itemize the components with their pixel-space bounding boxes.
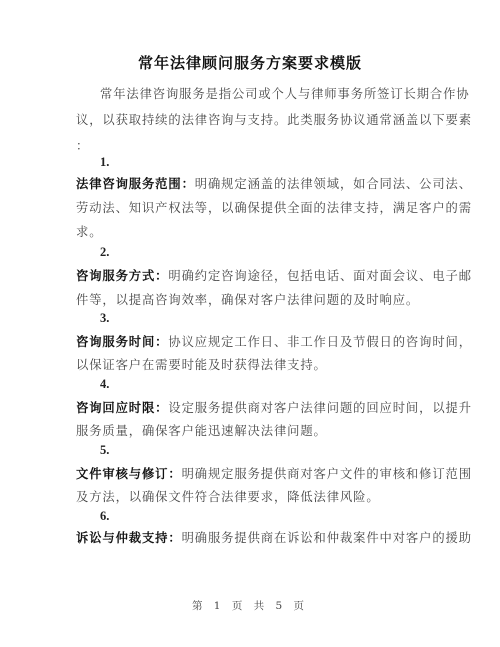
item-line: 服务质量，确保客户能迅速解决法律问题。	[76, 423, 426, 439]
item-label: 文件审核与修订：	[76, 466, 182, 481]
item-line: 咨询服务方式：明确约定咨询途径，包括电话、面对面会议、电子邮	[76, 268, 426, 284]
item-label: 咨询回应时限：	[76, 400, 168, 415]
item-label: 咨询服务时间：	[76, 334, 168, 349]
item-line: 以保证客户在需要时能及时获得法律支持。	[76, 357, 426, 373]
item-text: 明确服务提供商在诉讼和仲裁案件中对客户的援助	[182, 531, 472, 545]
item-text: 明确规定涵盖的法律领域，如合同法、公司法、	[195, 177, 472, 191]
item-text: 明确规定服务提供商对客户文件的审核和修订范围	[182, 467, 472, 481]
page-footer: 第 1 页 共 5 页	[0, 598, 500, 613]
document-page: 常年法律顾问服务方案要求模版 常年法律咨询服务是指公司或个人与律师事务所签订长期…	[0, 0, 500, 647]
item-line: 求。	[76, 224, 426, 240]
item-number: 6.	[100, 509, 109, 524]
item-line: 劳动法、知识产权法等，以确保提供全面的法律支持，满足客户的需	[76, 200, 426, 216]
item-text: 协议应规定工作日、非工作日及节假日的咨询时间，	[168, 335, 472, 349]
intro-line: ：	[76, 138, 426, 154]
item-line: 文件审核与修订：明确规定服务提供商对客户文件的审核和修订范围	[76, 466, 426, 482]
item-label: 咨询服务方式：	[76, 268, 168, 283]
intro-line: 常年法律咨询服务是指公司或个人与律师事务所签订长期合作协	[100, 86, 450, 102]
item-number: 3.	[100, 311, 109, 326]
item-line: 法律咨询服务范围：明确规定涵盖的法律领域，如合同法、公司法、	[76, 176, 426, 192]
item-number: 1.	[100, 155, 109, 170]
item-line: 件等，以提高咨询效率，确保对客户法律问题的及时响应。	[76, 292, 426, 308]
item-text: 明确约定咨询途径，包括电话、面对面会议、电子邮	[168, 269, 472, 283]
item-text: 设定服务提供商对客户法律问题的回应时间，以提升	[168, 401, 472, 415]
item-line: 及方法，以确保文件符合法律要求，降低法律风险。	[76, 489, 426, 505]
item-label: 法律咨询服务范围：	[76, 176, 195, 191]
document-title: 常年法律顾问服务方案要求模版	[0, 52, 500, 73]
item-label: 诉讼与仲裁支持：	[76, 530, 182, 545]
item-line: 诉讼与仲裁支持：明确服务提供商在诉讼和仲裁案件中对客户的援助	[76, 530, 426, 546]
item-line: 咨询回应时限：设定服务提供商对客户法律问题的回应时间，以提升	[76, 400, 426, 416]
item-number: 4.	[100, 377, 109, 392]
item-number: 5.	[100, 443, 109, 458]
intro-line: 议，以获取持续的法律咨询与支持。此类服务协议通常涵盖以下要素	[76, 112, 426, 128]
item-number: 2.	[100, 245, 109, 260]
item-line: 咨询服务时间：协议应规定工作日、非工作日及节假日的咨询时间，	[76, 334, 426, 350]
